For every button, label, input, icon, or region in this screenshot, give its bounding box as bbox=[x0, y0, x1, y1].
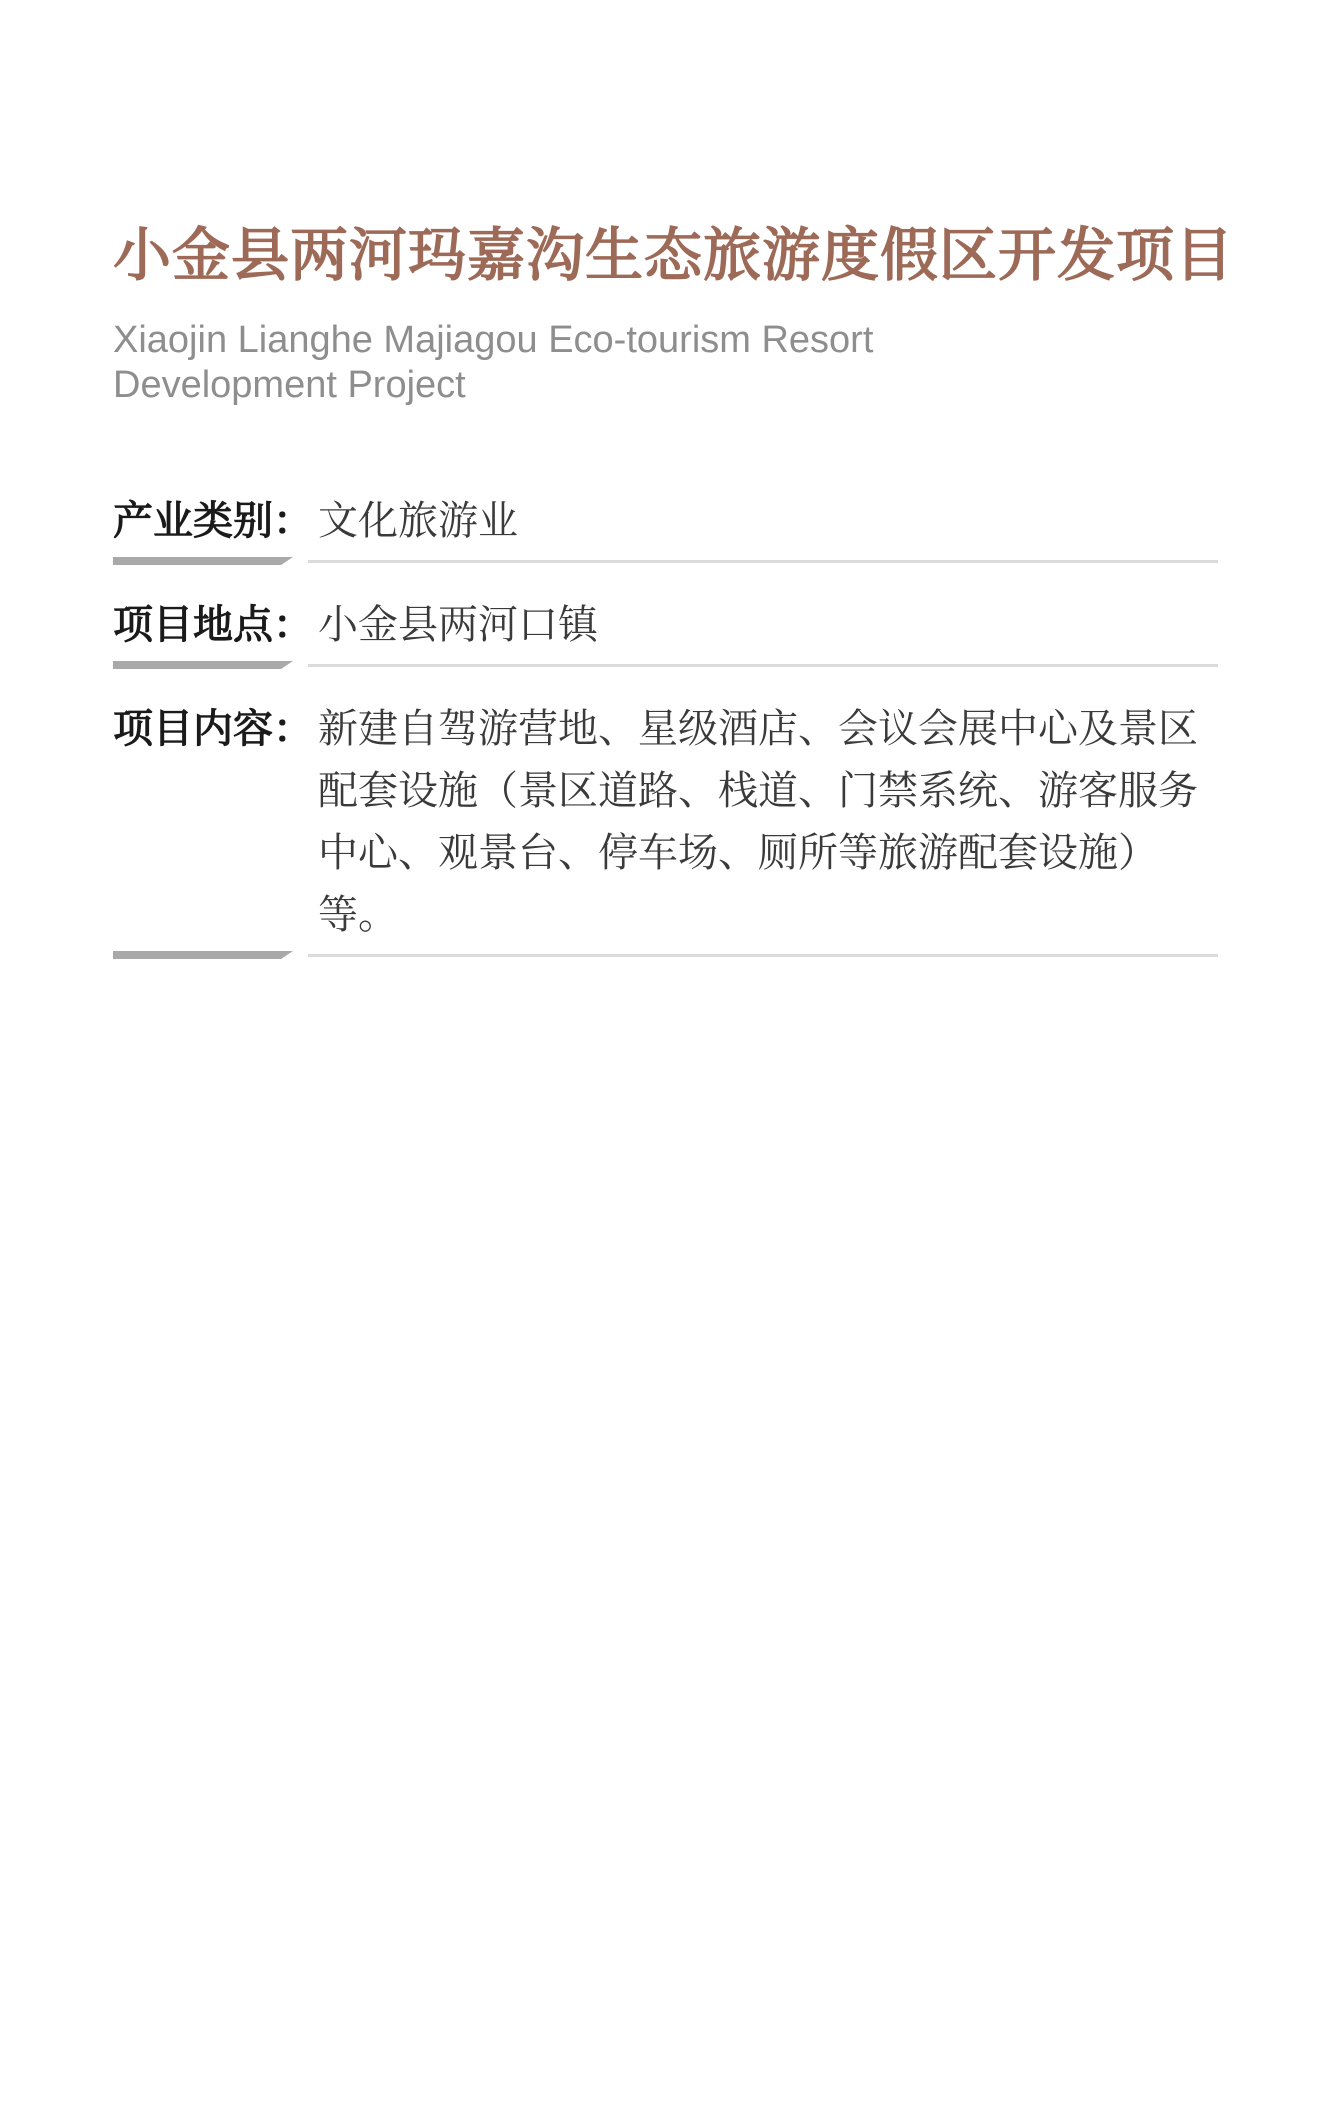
content-line: 新建自驾游营地、星级酒店、会议会展中心及景区 bbox=[318, 698, 1198, 760]
location-label: 项目地点： bbox=[113, 594, 318, 656]
divider-dark-bar bbox=[113, 951, 293, 959]
info-row-industry: 产业类别： 文化旅游业 bbox=[113, 490, 1234, 552]
content-line: 等。 bbox=[318, 884, 1198, 946]
industry-value: 文化旅游业 bbox=[318, 490, 518, 552]
row-divider bbox=[113, 660, 1218, 670]
divider-dark-bar bbox=[113, 557, 293, 565]
row-divider bbox=[113, 556, 1218, 566]
industry-label: 产业类别： bbox=[113, 490, 318, 552]
content-value: 新建自驾游营地、星级酒店、会议会展中心及景区 配套设施（景区道路、栈道、门禁系统… bbox=[318, 698, 1198, 946]
info-rows: 产业类别： 文化旅游业 项目地点： 小金县两河口镇 项目内容： 新建自驾游营地、… bbox=[113, 490, 1234, 960]
divider-dark-bar bbox=[113, 661, 293, 669]
content-line: 配套设施（景区道路、栈道、门禁系统、游客服务 bbox=[318, 760, 1198, 822]
row-divider bbox=[113, 950, 1218, 960]
divider-light-line bbox=[308, 560, 1218, 563]
content-label: 项目内容： bbox=[113, 698, 318, 760]
project-title-cn: 小金县两河玛嘉沟生态旅游度假区开发项目 bbox=[113, 222, 1234, 290]
info-row-location: 项目地点： 小金县两河口镇 bbox=[113, 594, 1234, 656]
project-title-en: Xiaojin Lianghe Majiagou Eco-tourism Res… bbox=[113, 318, 1063, 408]
divider-light-line bbox=[308, 664, 1218, 667]
location-value: 小金县两河口镇 bbox=[318, 594, 598, 656]
divider-light-line bbox=[308, 954, 1218, 957]
info-row-content: 项目内容： 新建自驾游营地、星级酒店、会议会展中心及景区 配套设施（景区道路、栈… bbox=[113, 698, 1234, 946]
content-line: 中心、观景台、停车场、厕所等旅游配套设施） bbox=[318, 822, 1198, 884]
project-info-page: 小金县两河玛嘉沟生态旅游度假区开发项目 Xiaojin Lianghe Maji… bbox=[0, 0, 1334, 2102]
